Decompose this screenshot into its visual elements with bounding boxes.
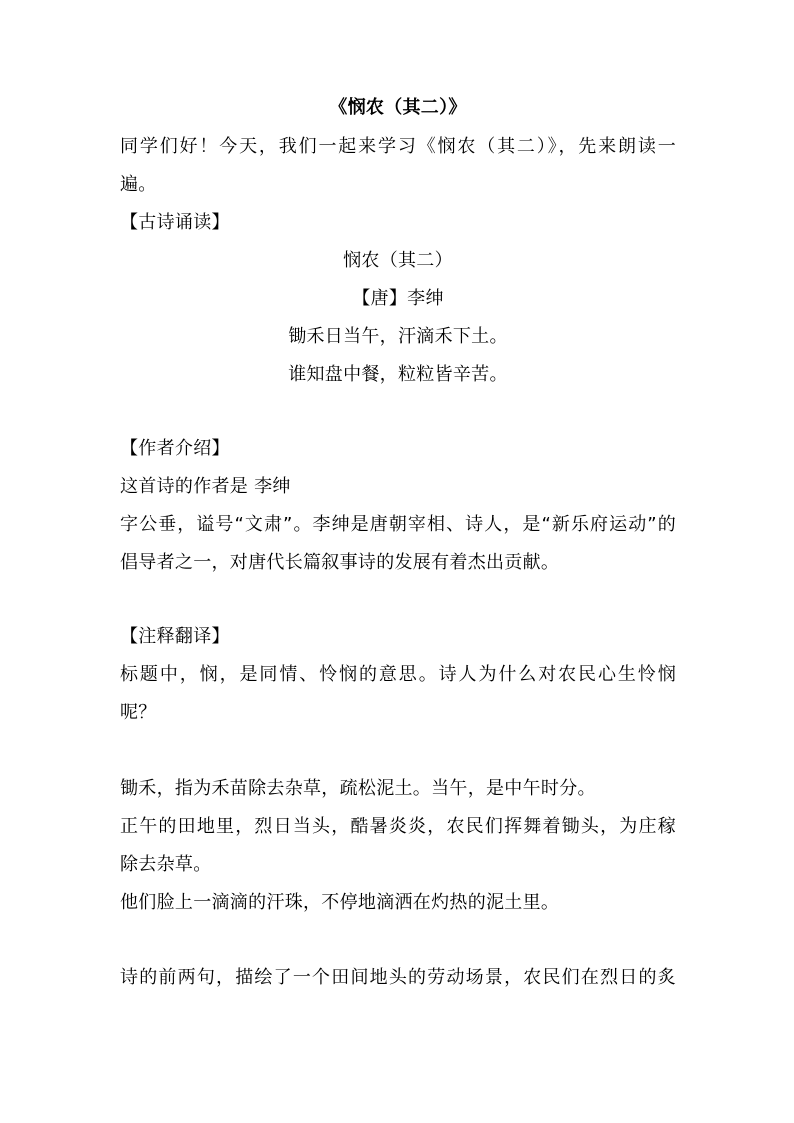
annotation-para2-line1: 锄禾，指为禾苗除去杂草，疏松泥土。当午，是中午时分。 [120,777,676,801]
annotation-para2-line4: 他们脸上一滴滴的汗珠，不停地滴洒在灼热的泥土里。 [120,891,676,915]
poem-line-2: 谁知盘中餐，粒粒皆辛苦。 [120,363,676,387]
section-heading-annotation: 【注释翻译】 [120,625,676,649]
annotation-para1-line1: 标题中，悯，是同情、怜悯的意思。诗人为什么对农民心生怜悯 [120,663,676,687]
poem-line-1: 锄禾日当午，汗滴禾下土。 [120,325,676,349]
intro-line-1: 同学们好！今天，我们一起来学习《悯农（其二）》，先来朗读一 [120,135,676,159]
annotation-para1-line2: 呢？ [120,701,676,725]
author-line-1: 这首诗的作者是 李绅 [120,475,676,499]
author-line-2: 字公垂，谥号“文肃”。李绅是唐朝宰相、诗人，是“新乐府运动”的 [120,513,676,537]
annotation-para2-line3: 除去杂草。 [120,853,676,877]
author-line-3: 倡导者之一，对唐代长篇叙事诗的发展有着杰出贡献。 [120,551,676,575]
annotation-para2-line2: 正午的田地里，烈日当头，酷暑炎炎，农民们挥舞着锄头，为庄稼 [120,815,676,839]
section-heading-recitation: 【古诗诵读】 [120,211,676,235]
poem-title: 悯农（其二） [120,249,676,273]
poem-author: 【唐】李绅 [120,287,676,311]
intro-line-2: 遍。 [120,173,676,197]
section-heading-author: 【作者介绍】 [120,437,676,461]
annotation-para3-line1: 诗的前两句，描绘了一个田间地头的劳动场景，农民们在烈日的炙 [120,966,676,990]
document-title: 《悯农（其二）》 [120,96,676,120]
